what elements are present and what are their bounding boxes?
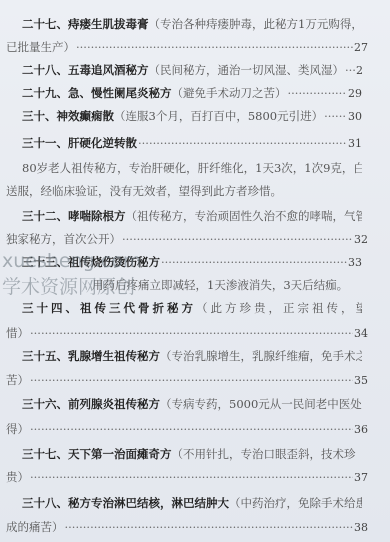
toc-entry-36-cont: 得）36 xyxy=(6,421,368,437)
toc-entry-29: 二十九、急、慢性阑尾炎秘方（避免手术动刀之苦）29 xyxy=(0,85,362,101)
entry-num: 二十七、 xyxy=(22,16,68,32)
entry-title: 天下第一治面瘫奇方 xyxy=(68,446,172,462)
page-number: 37 xyxy=(354,470,368,485)
entry-desc: （专治各种痔瘘肿毒，此秘方1万元购得，有人 xyxy=(149,16,363,32)
entry-desc: （中药治疗，免除手术给患者造 xyxy=(229,495,362,511)
entry-title: 祖传烧伤烫伤秘方 xyxy=(68,254,160,270)
dot-leader xyxy=(122,231,353,247)
toc-entry-32-cont: 独家秘方，首次公开）32 xyxy=(6,231,368,247)
entry-body-text: 80岁老人祖传秘方，专治肝硬化，肝纤维化，1天3次，1次9克，白醋 xyxy=(22,160,362,176)
toc-entry-34: 三十四、祖传三代骨折秘方（此方珍贵，正宗祖传，望君珍 xyxy=(0,300,362,316)
entry-desc-cont: 苦） xyxy=(6,372,29,388)
entry-desc: （专病专药，5000元从一民间老中医处购 xyxy=(160,396,362,412)
entry-desc-cont: 惜） xyxy=(6,325,29,341)
toc-entry-27-cont: 已批量生产）27 xyxy=(6,39,368,55)
entry-num: 二十九、 xyxy=(22,85,68,101)
entry-31-body-cont: 送服，经临床验证，没有无效者，望得到此方者珍惜。 xyxy=(6,183,368,199)
dot-leader xyxy=(161,254,347,270)
page-number: 35 xyxy=(354,373,368,388)
entry-desc: （祖传秘方，专治顽固性久治不愈的哮喘，气管炎， xyxy=(126,208,363,224)
page-number: 31 xyxy=(348,136,362,151)
page-number: 36 xyxy=(354,422,368,437)
entry-num: 三十、 xyxy=(22,108,57,124)
entry-num: 三十五、 xyxy=(22,348,68,364)
entry-desc: （不用针扎，专治口眼歪斜，技术珍 xyxy=(172,446,356,462)
page-number: 29 xyxy=(348,86,362,101)
page-number: 34 xyxy=(354,326,368,341)
entry-desc: （此方珍贵，正宗祖传，望君珍 xyxy=(196,300,362,316)
toc-entry-35-cont: 苦）35 xyxy=(6,372,368,388)
dot-leader xyxy=(324,108,347,124)
entry-desc: （连服3个月，百打百中，5800元引进） xyxy=(114,108,323,124)
page-number: 30 xyxy=(348,109,362,124)
entry-num: 三十四、 xyxy=(22,300,80,316)
document-page: 二十七、痔瘘生肌拔毒膏（专治各种痔瘘肿毒，此秘方1万元购得，有人 已批量生产）2… xyxy=(0,0,390,542)
toc-entry-28: 二十八、五毒追风酒秘方（民间秘方，通治一切风湿、类风湿）28 xyxy=(0,62,362,78)
entry-num: 三十一、 xyxy=(22,135,68,151)
dot-leader xyxy=(345,62,355,78)
page-number: 33 xyxy=(348,255,362,270)
toc-entry-37-cont: 贵）37 xyxy=(6,469,368,485)
entry-title: 哮喘除根方 xyxy=(68,208,126,224)
entry-desc: （专治乳腺增生，乳腺纤维瘤，免手术之 xyxy=(160,348,362,364)
entry-num: 三十七、 xyxy=(22,446,68,462)
entry-num: 三十八、 xyxy=(22,495,68,511)
toc-entry-31: 三十一、肝硬化逆转散31 xyxy=(0,135,362,151)
dot-leader xyxy=(65,519,354,535)
entry-title: 五毒追风酒秘方 xyxy=(68,62,149,78)
toc-entry-35: 三十五、乳腺增生祖传秘方（专治乳腺增生，乳腺纤维瘤，免手术之 xyxy=(0,348,362,364)
entry-body-text: 送服，经临床验证，没有无效者，望得到此方者珍惜。 xyxy=(6,183,282,199)
entry-title: 痔瘘生肌拔毒膏 xyxy=(68,16,149,32)
toc-entry-36: 三十六、前列腺炎祖传秘方（专病专药，5000元从一民间老中医处购 xyxy=(0,396,362,412)
entry-title: 急、慢性阑尾炎秘方 xyxy=(68,85,172,101)
page-number: 32 xyxy=(354,232,368,247)
entry-33-body: 用药后疼痛立即减轻，1天渗液消失，3天后结痂。 xyxy=(92,277,390,293)
page-number: 28 xyxy=(356,63,362,78)
dot-leader xyxy=(30,469,353,485)
entry-desc-cont: 得） xyxy=(6,421,29,437)
entry-title: 肝硬化逆转散 xyxy=(68,135,137,151)
entry-title: 神效癫痫散 xyxy=(57,108,115,124)
entry-num: 二十八、 xyxy=(22,62,68,78)
entry-title: 乳腺增生祖传秘方 xyxy=(68,348,160,364)
entry-title: 秘方专治淋巴结核，淋巴结肿大 xyxy=(68,495,229,511)
toc-entry-27: 二十七、痔瘘生肌拔毒膏（专治各种痔瘘肿毒，此秘方1万元购得，有人 xyxy=(0,16,362,32)
toc-entry-38: 三十八、秘方专治淋巴结核，淋巴结肿大（中药治疗，免除手术给患者造 xyxy=(0,495,362,511)
toc-entry-30: 三十、神效癫痫散（连服3个月，百打百中，5800元引进）30 xyxy=(0,108,362,124)
entry-title: 祖传三代骨折秘方 xyxy=(80,300,196,316)
entry-num: 三十六、 xyxy=(22,396,68,412)
toc-entry-37: 三十七、天下第一治面瘫奇方（不用针扎，专治口眼歪斜，技术珍 xyxy=(0,446,362,462)
entry-desc-cont: 独家秘方，首次公开） xyxy=(6,231,121,247)
entry-num: 三十三、 xyxy=(22,254,68,270)
page-number: 27 xyxy=(354,40,368,55)
entry-desc: （避免手术动刀之苦） xyxy=(172,85,287,101)
toc-entry-33: 三十三、祖传烧伤烫伤秘方33 xyxy=(0,254,362,270)
entry-body-text: 用药后疼痛立即减轻，1天渗液消失，3天后结痂。 xyxy=(92,277,348,293)
entry-num: 三十二、 xyxy=(22,208,68,224)
dot-leader xyxy=(76,39,353,55)
toc-entry-34-cont: 惜）34 xyxy=(6,325,368,341)
entry-title: 前列腺炎祖传秘方 xyxy=(68,396,160,412)
entry-desc-cont: 贵） xyxy=(6,469,29,485)
entry-desc-cont: 成的痛苦） xyxy=(6,519,64,535)
page-number: 38 xyxy=(354,520,368,535)
dot-leader xyxy=(30,421,353,437)
dot-leader xyxy=(30,372,353,388)
dot-leader xyxy=(288,85,348,101)
entry-desc-cont: 已批量生产） xyxy=(6,39,75,55)
toc-entry-38-cont: 成的痛苦）38 xyxy=(6,519,368,535)
toc-entry-32: 三十二、哮喘除根方（祖传秘方，专治顽固性久治不愈的哮喘，气管炎， xyxy=(0,208,362,224)
dot-leader xyxy=(138,135,347,151)
entry-31-body: 80岁老人祖传秘方，专治肝硬化，肝纤维化，1天3次，1次9克，白醋 xyxy=(0,160,362,176)
dot-leader xyxy=(30,325,353,341)
entry-desc: （民间秘方，通治一切风湿、类风湿） xyxy=(149,62,345,78)
